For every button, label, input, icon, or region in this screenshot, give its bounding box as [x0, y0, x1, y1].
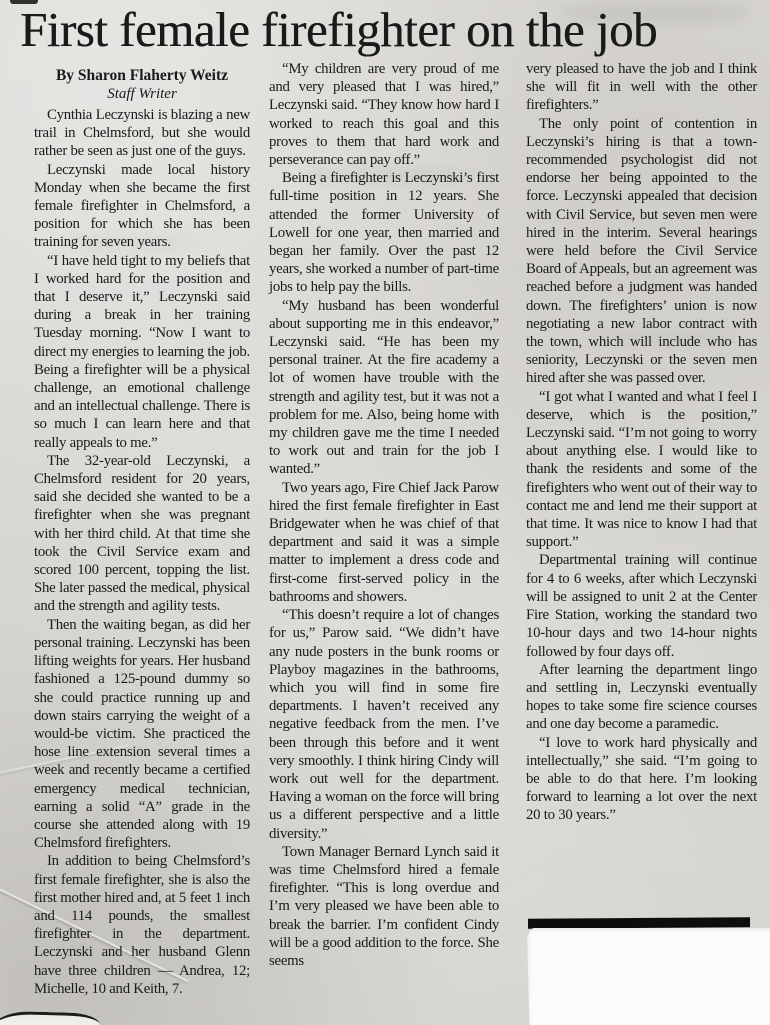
article-paragraph: “I love to work hard physically and inte…: [526, 734, 757, 825]
article-paragraph: Being a firefighter is Leczynski’s first…: [269, 169, 499, 296]
article-paragraph: “My husband has been wonderful about sup…: [269, 297, 499, 479]
article-byline-role: Staff Writer: [34, 85, 250, 103]
article-paragraph: Leczynski made local history Monday when…: [34, 161, 250, 252]
article-paragraph: After learning the department lingo and …: [526, 661, 757, 734]
article-paragraph: Departmental training will continue for …: [526, 551, 757, 660]
article-column-1: By Sharon Flaherty Weitz Staff Writer Cy…: [34, 60, 250, 998]
clipping-torn-corner: [0, 1011, 100, 1025]
article-column-2: “My children are very proud of me and ve…: [269, 60, 499, 998]
article-paragraph: “I got what I wanted and what I feel I d…: [526, 388, 757, 552]
clipping-cut-edge: [527, 928, 770, 1025]
article-paragraph: Cynthia Leczynski is blazing a new trail…: [34, 106, 250, 161]
article-paragraph: The 32-year-old Leczynski, a Chelmsford …: [34, 452, 250, 616]
article-byline: By Sharon Flaherty Weitz: [34, 66, 250, 85]
article-paragraph: “This doesn’t require a lot of changes f…: [269, 606, 499, 843]
article-headline: First female firefighter on the job: [0, 0, 770, 58]
article-body: By Sharon Flaherty Weitz Staff Writer Cy…: [0, 60, 770, 998]
article-paragraph: The only point of contention in Leczynsk…: [526, 115, 757, 388]
article-paragraph: “I have held tight to my beliefs that I …: [34, 252, 250, 452]
article-paragraph: Town Manager Bernard Lynch said it was t…: [269, 843, 499, 970]
article-column-3: very pleased to have the job and I think…: [526, 60, 757, 998]
scan-edge-mark: [10, 0, 38, 4]
article-paragraph: Two years ago, Fire Chief Jack Parow hir…: [269, 479, 499, 606]
newspaper-clipping: First female firefighter on the job By S…: [0, 0, 770, 1025]
article-paragraph: “My children are very proud of me and ve…: [269, 60, 499, 169]
article-end-bar: [528, 917, 750, 929]
article-paragraph: In addition to being Chelmsford’s first …: [34, 852, 250, 998]
article-paragraph: Then the waiting began, as did her perso…: [34, 616, 250, 853]
article-paragraph: very pleased to have the job and I think…: [526, 60, 757, 115]
